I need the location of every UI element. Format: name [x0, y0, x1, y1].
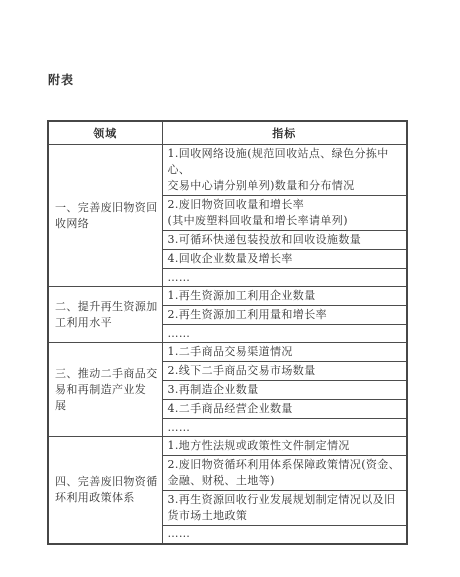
indicator-cell: 1.回收网络设施(规范回收站点、绿色分拣中心、 交易中心请分别单列)数量和分布情…	[162, 145, 407, 196]
indicator-cell: 1.地方性法规或政策性文件制定情况	[162, 437, 407, 456]
table-row: 二、提升再生资源加 工利用水平 1.再生资源加工利用企业数量	[48, 287, 407, 306]
document-page: 附表 领域 指标 一、完善废旧物资回 收网络 1.回收网络设施(规范回收站点、绿…	[0, 0, 460, 577]
page-title: 附表	[48, 71, 74, 88]
indicator-cell: 1.再生资源加工利用企业数量	[162, 287, 407, 306]
indicator-cell: 2.再生资源加工利用量和增长率	[162, 306, 407, 325]
ellipsis-cell: ……	[162, 419, 407, 437]
indicator-cell: 2.线下二手商品交易市场数量	[162, 362, 407, 381]
table-header-row: 领域 指标	[48, 121, 407, 145]
table-row: 一、完善废旧物资回 收网络 1.回收网络设施(规范回收站点、绿色分拣中心、 交易…	[48, 145, 407, 196]
indicator-cell: 2.废旧物资循环利用体系保障政策情况(资金、 金融、财税、土地等)	[162, 456, 407, 491]
column-header-indicator: 指标	[162, 121, 407, 145]
table-row: 四、完善废旧物资循 环利用政策体系 1.地方性法规或政策性文件制定情况	[48, 437, 407, 456]
indicator-cell: 2.废旧物资回收量和增长率 (其中废塑料回收量和增长率请单列)	[162, 196, 407, 231]
field-cell-group-2: 二、提升再生资源加 工利用水平	[48, 287, 162, 343]
appendix-table: 领域 指标 一、完善废旧物资回 收网络 1.回收网络设施(规范回收站点、绿色分拣…	[47, 120, 408, 545]
indicator-cell: 1.二手商品交易渠道情况	[162, 343, 407, 362]
indicator-cell: 3.可循环快递包装投放和回收设施数量	[162, 231, 407, 250]
ellipsis-cell: ……	[162, 526, 407, 544]
column-header-field: 领域	[48, 121, 162, 145]
indicator-cell: 4.二手商品经营企业数量	[162, 400, 407, 419]
indicator-cell: 3.再生资源回收行业发展规划制定情况以及旧 货市场土地政策	[162, 491, 407, 526]
ellipsis-cell: ……	[162, 325, 407, 343]
indicator-cell: 3.再制造企业数量	[162, 381, 407, 400]
table-row: 三、推动二手商品交 易和再制造产业发 展 1.二手商品交易渠道情况	[48, 343, 407, 362]
ellipsis-cell: ……	[162, 269, 407, 287]
field-cell-group-1: 一、完善废旧物资回 收网络	[48, 145, 162, 287]
field-cell-group-3: 三、推动二手商品交 易和再制造产业发 展	[48, 343, 162, 437]
field-cell-group-4: 四、完善废旧物资循 环利用政策体系	[48, 437, 162, 544]
indicator-cell: 4.回收企业数量及增长率	[162, 250, 407, 269]
